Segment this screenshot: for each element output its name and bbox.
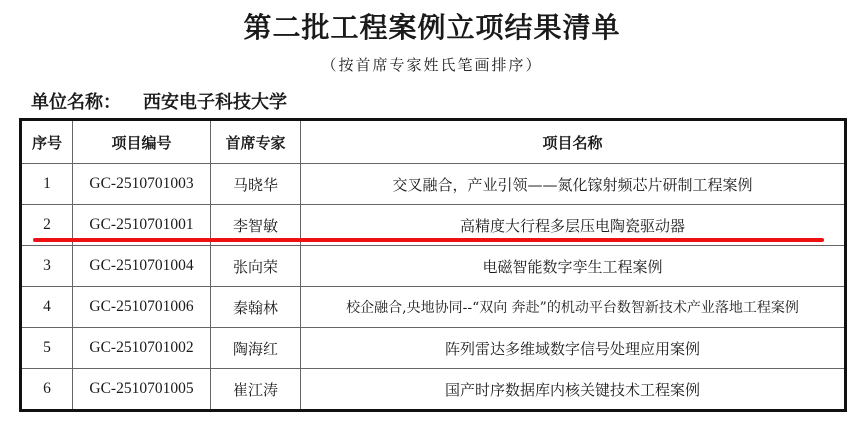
unit-value: 西安电子科技大学 [143,92,287,113]
header-code: 项目编号 [73,120,211,164]
cell-no: 5 [21,328,73,369]
table-row: 4 GC-2510701006 秦翰林 校企融合,央地协同--“双向 奔赴”的机… [21,287,846,328]
cell-code: GC-2510701006 [73,287,211,328]
table-row: 6 GC-2510701005 崔江涛 国产时序数据库内核关键技术工程案例 [21,369,846,411]
cell-name: 校企融合,央地协同--“双向 奔赴”的机动平台数智新技术产业落地工程案例 [301,287,846,328]
page-title: 第二批工程案例立项结果清单 [0,6,864,46]
header-no: 序号 [21,120,73,164]
cell-code: GC-2510701002 [73,328,211,369]
unit-label: 单位名称： [31,92,121,113]
cell-name: 国产时序数据库内核关键技术工程案例 [301,369,846,411]
cell-no: 1 [21,164,73,205]
page-subtitle: （按首席专家姓氏笔画排序） [0,54,864,75]
red-underline-annotation [33,238,824,242]
cell-no: 6 [21,369,73,411]
unit-line: 单位名称：西安电子科技大学 [31,88,287,114]
cell-no: 3 [21,246,73,287]
cell-name: 阵列雷达多维域数字信号处理应用案例 [301,328,846,369]
table-header-row: 序号 项目编号 首席专家 项目名称 [21,120,846,164]
cell-no: 4 [21,287,73,328]
cell-expert: 马晓华 [211,164,301,205]
cell-name: 交叉融合，产业引领——氮化镓射频芯片研制工程案例 [301,164,846,205]
table-row: 1 GC-2510701003 马晓华 交叉融合，产业引领——氮化镓射频芯片研制… [21,164,846,205]
cell-expert: 崔江涛 [211,369,301,411]
header-expert: 首席专家 [211,120,301,164]
table-row: 3 GC-2510701004 张向荣 电磁智能数字孪生工程案例 [21,246,846,287]
cell-code: GC-2510701005 [73,369,211,411]
cell-name: 电磁智能数字孪生工程案例 [301,246,846,287]
cell-code: GC-2510701003 [73,164,211,205]
cell-expert: 秦翰林 [211,287,301,328]
cell-expert: 陶海红 [211,328,301,369]
table-row: 5 GC-2510701002 陶海红 阵列雷达多维域数字信号处理应用案例 [21,328,846,369]
header-name: 项目名称 [301,120,846,164]
cell-expert: 张向荣 [211,246,301,287]
results-table: 序号 项目编号 首席专家 项目名称 1 GC-2510701003 马晓华 交叉… [19,118,847,412]
cell-code: GC-2510701004 [73,246,211,287]
